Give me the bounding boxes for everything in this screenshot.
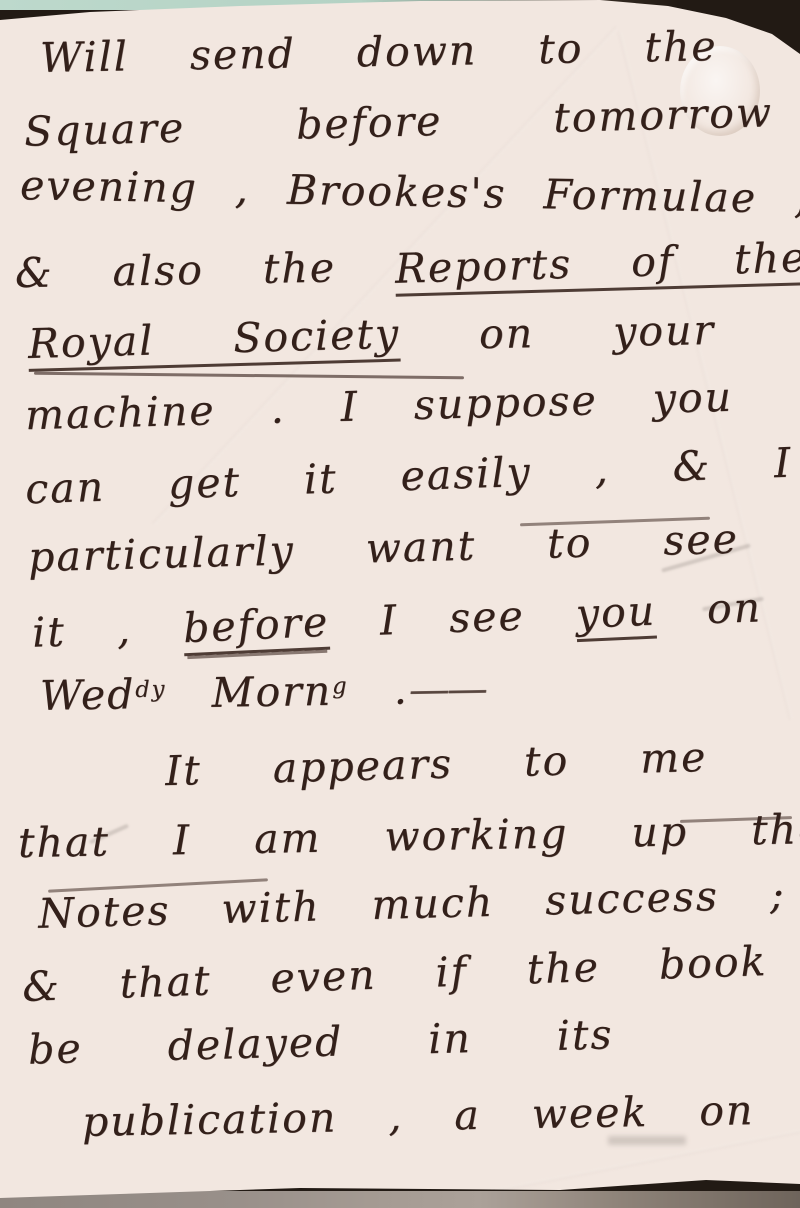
letter-page: Will send down to the Square before tomo… xyxy=(0,0,800,1208)
letter-line-2: Square before tomorrow xyxy=(24,88,774,156)
line-text: on xyxy=(655,583,763,635)
line-text: Wed xyxy=(40,670,136,720)
letter-line-6: machine . I suppose you xyxy=(24,373,733,440)
letter-line-5: Royal Society on your xyxy=(28,306,716,370)
letter-line-10: Weddy Morng .—— xyxy=(40,664,485,720)
underlined-word: you xyxy=(575,587,658,643)
letter-line-12: that I am working up the xyxy=(18,805,800,867)
superscript-abbreviation: g xyxy=(332,673,349,699)
superscript-abbreviation: dy xyxy=(135,676,167,703)
underlined-word: Reports of the xyxy=(394,233,800,297)
line-text: Morn xyxy=(166,667,333,718)
ink-showthrough xyxy=(608,1136,686,1145)
line-text: it , xyxy=(31,603,183,656)
letter-line-9: it , before I see you on xyxy=(31,583,763,660)
letter-photo: Will send down to the Square before tomo… xyxy=(0,0,800,1208)
letter-line-3: evening , Brookes's Formulae , xyxy=(20,161,800,223)
letter-line-11: It appears to me xyxy=(164,733,707,795)
letter-line-15: be delayed in its xyxy=(27,1010,614,1073)
letter-line-13: Notes with much success ; xyxy=(37,870,786,938)
underlined-word: Royal Society xyxy=(27,310,400,372)
underlined-word: before xyxy=(182,598,330,657)
underline-stroke xyxy=(34,372,464,379)
letter-line-7: can get it easily , & I xyxy=(24,439,793,514)
letter-line-14: & that even if the book xyxy=(21,937,768,1011)
line-text: on your xyxy=(400,306,716,359)
line-text: . xyxy=(348,665,409,714)
letter-line-8: particularly want to see xyxy=(27,515,739,582)
line-text: & also the xyxy=(15,243,396,298)
letter-line-1: Will send down to the xyxy=(40,22,718,82)
line-text: I see xyxy=(328,590,576,647)
trailing-dash: —— xyxy=(408,664,485,713)
